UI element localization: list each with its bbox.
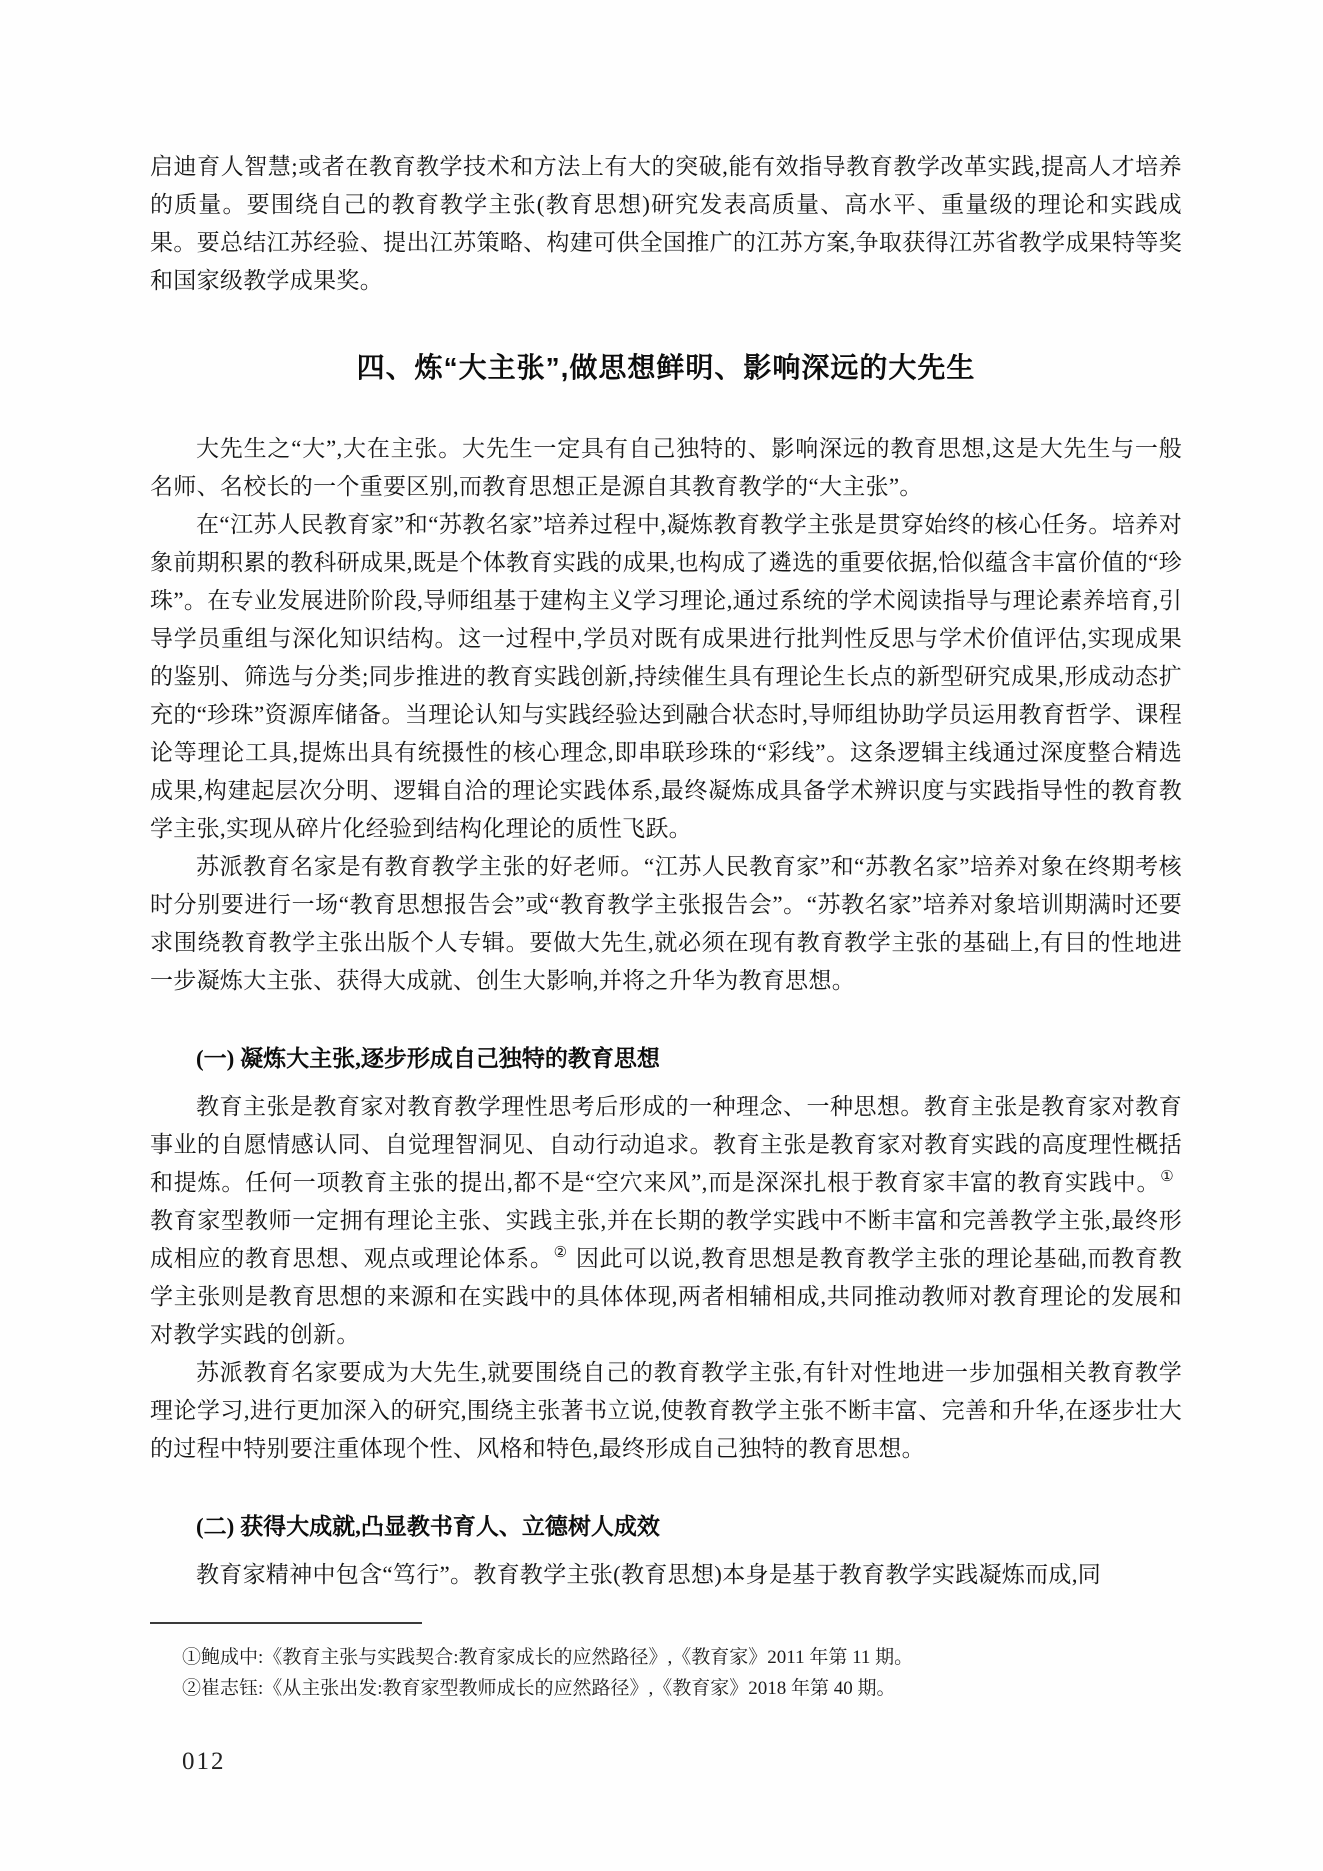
paragraph-segment: 教育主张是教育家对教育教学理性思考后形成的一种理念、一种思想。教育主张是教育家对… xyxy=(150,1094,1182,1195)
paragraph-intro: 大先生之“大”,大在主张。大先生一定具有自己独特的、影响深远的教育思想,这是大先… xyxy=(150,430,1182,506)
footnote-1: ①鲍成中:《教育主张与实践契合:教育家成长的应然路径》,《教育家》2011 年第… xyxy=(182,1642,1182,1673)
paragraph-become-master: 苏派教育名家要成为大先生,就要围绕自己的教育教学主张,有针对性地进一步加强相关教… xyxy=(150,1354,1182,1468)
page-number: 012 xyxy=(182,1748,226,1776)
paragraph-last: 教育家精神中包含“笃行”。教育教学主张(教育思想)本身是基于教育教学实践凝炼而成… xyxy=(150,1556,1182,1594)
paragraph-continuation: 启迪育人智慧;或者在教育教学技术和方法上有大的突破,能有效指导教育教学改革实践,… xyxy=(150,148,1182,300)
sub-heading-1: (一) 凝炼大主张,逐步形成自己独特的教育思想 xyxy=(150,1040,1182,1078)
paragraph-sup-teachers: 苏派教育名家是有教育教学主张的好老师。“江苏人民教育家”和“苏教名家”培养对象在… xyxy=(150,848,1182,1000)
footnote-marker-2: ② xyxy=(554,1245,568,1261)
page-content: 启迪育人智慧;或者在教育教学技术和方法上有大的突破,能有效指导教育教学改革实践,… xyxy=(150,148,1182,1704)
footnote-2: ②崔志钰:《从主张出发:教育家型教师成长的应然路径》,《教育家》2018 年第 … xyxy=(182,1673,1182,1704)
document-page: 启迪育人智慧;或者在教育教学技术和方法上有大的突破,能有效指导教育教学改革实践,… xyxy=(0,0,1323,1871)
footnote-block: ①鲍成中:《教育主张与实践契合:教育家成长的应然路径》,《教育家》2011 年第… xyxy=(150,1622,1182,1704)
footnote-marker-1: ① xyxy=(1160,1169,1174,1185)
paragraph-with-footnote-markers: 教育主张是教育家对教育教学理性思考后形成的一种理念、一种思想。教育主张是教育家对… xyxy=(150,1088,1182,1354)
section-heading: 四、炼“大主张”,做思想鲜明、影响深远的大先生 xyxy=(150,348,1182,388)
paragraph-training-process: 在“江苏人民教育家”和“苏教名家”培养过程中,凝炼教育教学主张是贯穿始终的核心任… xyxy=(150,506,1182,848)
sub-heading-2: (二) 获得大成就,凸显教书育人、立德树人成效 xyxy=(150,1508,1182,1546)
footnote-separator xyxy=(150,1622,422,1624)
